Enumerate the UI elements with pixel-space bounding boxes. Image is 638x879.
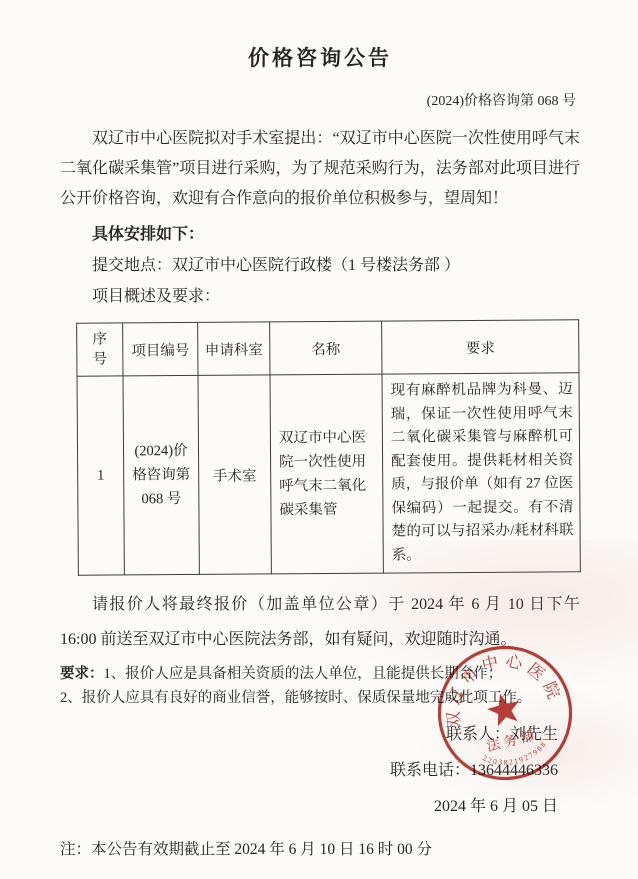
star-icon (484, 689, 523, 727)
seal-content: 双辽市中心医院 法务部 2203821927908 (430, 639, 578, 781)
header-project-no: 项目编号 (123, 322, 198, 376)
header-seq: 序号 (77, 323, 123, 376)
cell-seq: 1 (77, 376, 124, 575)
header-requirements: 要求 (382, 320, 579, 374)
cell-department: 手术室 (198, 375, 271, 574)
project-table: 序号 项目编号 申请科室 名称 要求 1 (2024)价格咨询第 068 号 手… (76, 319, 581, 576)
intro-paragraph: 双辽市中心医院拟对手术室提出：“双辽市中心医院一次性使用呼气末二氧化碳采集管”项… (60, 124, 580, 214)
table-header-row: 序号 项目编号 申请科室 名称 要求 (77, 320, 579, 377)
cell-name: 双辽市中心医院一次性使用呼气末二氧化碳采集管 (270, 374, 383, 574)
cell-requirements: 现有麻醉机品牌为科曼、迈瑞，保证一次性使用呼气末二氧化碳采集管与麻醉机可配套使用… (382, 373, 580, 573)
seal-org-text: 双辽市中心医院 (430, 639, 566, 732)
validity-note: 注：本公告有效期截止至 2024 年 6 月 10 日 16 时 00 分 (60, 837, 580, 859)
overview-heading: 项目概述及要求： (60, 281, 580, 312)
page-title: 价格咨询公告 (60, 42, 580, 72)
announcement-page: 价格咨询公告 (2024)价格咨询第 068 号 双辽市中心医院拟对手术室提出：… (0, 0, 638, 879)
cell-project-no: (2024)价格咨询第 068 号 (123, 375, 199, 575)
header-department: 申请科室 (198, 322, 270, 376)
table-row: 1 (2024)价格咨询第 068 号 手术室 双辽市中心医院一次性使用呼气末二… (77, 373, 580, 575)
requirements-label: 要求： (60, 666, 104, 682)
header-name: 名称 (270, 321, 382, 375)
issue-date: 2024 年 6 月 05 日 (60, 789, 558, 825)
doc-number: (2024)价格咨询第 068 号 (60, 90, 576, 110)
submission-location: 提交地点：双辽市中心医院行政楼（1 号楼法务部 ） (60, 250, 580, 281)
arrangement-heading: 具体安排如下： (60, 220, 580, 250)
